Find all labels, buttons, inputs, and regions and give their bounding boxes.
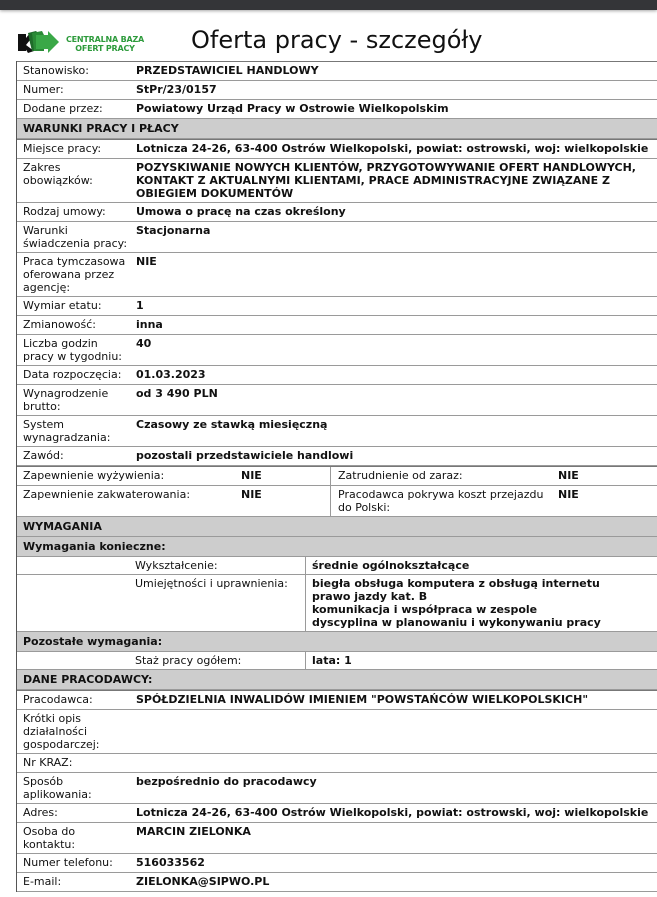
- benefit-right: Zatrudnienie od zaraz:NIE: [331, 467, 657, 485]
- field-value: od 3 490 PLN: [129, 385, 657, 415]
- indent-cell: [17, 557, 129, 574]
- field-value: bezpośrednio do pracodawcy: [129, 773, 657, 803]
- field-label: Osoba do kontaktu:: [17, 823, 129, 853]
- field-label: Pracodawca:: [17, 691, 129, 709]
- field-value: Lotnicza 24-26, 63-400 Ostrów Wielkopols…: [129, 804, 657, 822]
- requirement-values: średnie ogólnokształcące: [306, 557, 657, 574]
- field-value: 01.03.2023: [129, 366, 657, 384]
- condition-row: System wynagradzania:Czasowy ze stawką m…: [17, 416, 657, 447]
- cbop-logo: CENTRALNA BAZA OFERT PRACY: [16, 29, 141, 55]
- requirement-label: Umiejętności i uprawnienia:: [129, 575, 306, 631]
- field-value: MARCIN ZIELONKA: [129, 823, 657, 853]
- requirement-label: Staż pracy ogółem:: [129, 652, 306, 669]
- field-value: NIE: [129, 253, 657, 296]
- field-label: Zapewnienie zakwaterowania:: [17, 486, 241, 516]
- field-label: Dodane przez:: [17, 100, 129, 118]
- field-label: E-mail:: [17, 873, 129, 891]
- field-label: Zatrudnienie od zaraz:: [331, 467, 558, 485]
- requirement-row: Wykształcenie:średnie ogólnokształcące: [17, 557, 657, 575]
- field-value: 516033562: [129, 854, 657, 872]
- condition-row: Zmianowość:inna: [17, 316, 657, 335]
- employer-row: Pracodawca:SPÓŁDZIELNIA INWALIDÓW IMIENI…: [17, 690, 657, 710]
- logo-text: CENTRALNA BAZA OFERT PRACY: [60, 35, 150, 53]
- requirement-value: biegła obsługa komputera z obsługą inter…: [312, 577, 657, 590]
- employer-row: Numer telefonu:516033562: [17, 854, 657, 873]
- field-value: StPr/23/0157: [129, 81, 657, 99]
- section-heading-requirements: WYMAGANIA: [17, 517, 657, 537]
- section-heading-conditions: WARUNKI PRACY I PŁACY: [17, 119, 657, 139]
- condition-row: Warunki świadczenia pracy:Stacjonarna: [17, 222, 657, 253]
- logo-arrows-icon: [16, 29, 60, 55]
- employer-row: Krótki opis działalności gospodarczej:: [17, 710, 657, 754]
- indent-cell: [17, 652, 129, 669]
- field-value: Powiatowy Urząd Pracy w Ostrowie Wielkop…: [129, 100, 657, 118]
- field-label: Miejsce pracy:: [17, 140, 129, 158]
- field-value: Stacjonarna: [129, 222, 657, 252]
- basic-info-row: Stanowisko:PRZEDSTAWICIEL HANDLOWY: [17, 61, 657, 81]
- condition-row: Liczba godzin pracy w tygodniu:40: [17, 335, 657, 366]
- condition-row: Zawód:pozostali przedstawiciele handlowi: [17, 447, 657, 466]
- field-label: Numer telefonu:: [17, 854, 129, 872]
- requirement-value: średnie ogólnokształcące: [312, 559, 657, 572]
- logo-line-1: CENTRALNA BAZA: [60, 35, 150, 44]
- field-label: Adres:: [17, 804, 129, 822]
- field-value: ZIELONKA@SIPWO.PL: [129, 873, 657, 891]
- benefit-left: Zapewnienie wyżywienia:NIE: [17, 467, 331, 485]
- benefit-right: Pracodawca pokrywa koszt przejazdu do Po…: [331, 486, 657, 516]
- page-header: CENTRALNA BAZA OFERT PRACY Oferta pracy …: [16, 24, 657, 62]
- indent-cell: [17, 575, 129, 631]
- field-label: Sposób aplikowania:: [17, 773, 129, 803]
- field-value: NIE: [558, 486, 657, 516]
- field-label: Wymiar etatu:: [17, 297, 129, 315]
- basic-info-row: Numer:StPr/23/0157: [17, 81, 657, 100]
- condition-row: Data rozpoczęcia:01.03.2023: [17, 366, 657, 385]
- basic-info-row: Dodane przez:Powiatowy Urząd Pracy w Ost…: [17, 100, 657, 119]
- browser-toolbar: [0, 0, 657, 10]
- field-value: 40: [129, 335, 657, 365]
- page-title: Oferta pracy - szczegóły: [191, 26, 482, 54]
- field-value: [129, 754, 657, 772]
- field-value: Czasowy ze stawką miesięczną: [129, 416, 657, 446]
- field-label: Data rozpoczęcia:: [17, 366, 129, 384]
- employer-row: Nr KRAZ:: [17, 754, 657, 773]
- field-label: Nr KRAZ:: [17, 754, 129, 772]
- employer-row: Sposób aplikowania:bezpośrednio do praco…: [17, 773, 657, 804]
- field-value: 1: [129, 297, 657, 315]
- field-value: POZYSKIWANIE NOWYCH KLIENTÓW, PRZYGOTOWY…: [129, 159, 657, 202]
- employer-row: Osoba do kontaktu:MARCIN ZIELONKA: [17, 823, 657, 854]
- requirement-values: biegła obsługa komputera z obsługą inter…: [306, 575, 657, 631]
- field-label: Krótki opis działalności gospodarczej:: [17, 710, 129, 753]
- field-label: System wynagradzania:: [17, 416, 129, 446]
- benefit-left: Zapewnienie zakwaterowania:NIE: [17, 486, 331, 516]
- field-value: [129, 710, 657, 753]
- field-value: inna: [129, 316, 657, 334]
- field-value: NIE: [241, 486, 330, 516]
- employer-row: Adres:Lotnicza 24-26, 63-400 Ostrów Wiel…: [17, 804, 657, 823]
- employer-row: E-mail:ZIELONKA@SIPWO.PL: [17, 873, 657, 892]
- field-value: PRZEDSTAWICIEL HANDLOWY: [129, 62, 657, 80]
- field-label: Pracodawca pokrywa koszt przejazdu do Po…: [331, 486, 558, 516]
- requirement-label: Wykształcenie:: [129, 557, 306, 574]
- condition-row: Rodzaj umowy:Umowa o pracę na czas okreś…: [17, 203, 657, 222]
- field-label: Liczba godzin pracy w tygodniu:: [17, 335, 129, 365]
- field-label: Praca tymczasowa oferowana przez agencję…: [17, 253, 129, 296]
- requirement-value: lata: 1: [312, 654, 657, 667]
- condition-row: Zakres obowiązków:POZYSKIWANIE NOWYCH KL…: [17, 159, 657, 203]
- field-value: Umowa o pracę na czas określony: [129, 203, 657, 221]
- field-label: Warunki świadczenia pracy:: [17, 222, 129, 252]
- field-label: Zapewnienie wyżywienia:: [17, 467, 241, 485]
- requirement-value: dyscyplina w planowaniu i wykonywaniu pr…: [312, 616, 657, 629]
- field-value: SPÓŁDZIELNIA INWALIDÓW IMIENIEM "POWSTAŃ…: [129, 691, 657, 709]
- requirement-row: Umiejętności i uprawnienia:biegła obsług…: [17, 575, 657, 632]
- field-value: pozostali przedstawiciele handlowi: [129, 447, 657, 465]
- benefit-pair-row: Zapewnienie zakwaterowania:NIEPracodawca…: [17, 486, 657, 517]
- requirement-values: lata: 1: [306, 652, 657, 669]
- field-label: Numer:: [17, 81, 129, 99]
- logo-line-2: OFERT PRACY: [60, 44, 150, 53]
- field-label: Zmianowość:: [17, 316, 129, 334]
- field-value: NIE: [558, 467, 657, 485]
- field-value: Lotnicza 24-26, 63-400 Ostrów Wielkopols…: [129, 140, 657, 158]
- condition-row: Wymiar etatu:1: [17, 297, 657, 316]
- field-label: Zakres obowiązków:: [17, 159, 129, 202]
- field-value: NIE: [241, 467, 330, 485]
- requirement-row: Staż pracy ogółem:lata: 1: [17, 652, 657, 670]
- benefit-pair-row: Zapewnienie wyżywienia:NIEZatrudnienie o…: [17, 466, 657, 486]
- condition-row: Praca tymczasowa oferowana przez agencję…: [17, 253, 657, 297]
- subsection-other: Pozostałe wymagania:: [17, 632, 657, 652]
- field-label: Wynagrodzenie brutto:: [17, 385, 129, 415]
- section-heading-employer: DANE PRACODAWCY:: [17, 670, 657, 690]
- subsection-mandatory: Wymagania konieczne:: [17, 537, 657, 557]
- field-label: Stanowisko:: [17, 62, 129, 80]
- requirement-value: prawo jazdy kat. B: [312, 590, 657, 603]
- condition-row: Miejsce pracy:Lotnicza 24-26, 63-400 Ost…: [17, 139, 657, 159]
- job-offer-table: Stanowisko:PRZEDSTAWICIEL HANDLOWYNumer:…: [16, 61, 657, 892]
- field-label: Rodzaj umowy:: [17, 203, 129, 221]
- condition-row: Wynagrodzenie brutto:od 3 490 PLN: [17, 385, 657, 416]
- field-label: Zawód:: [17, 447, 129, 465]
- requirement-value: komunikacja i współpraca w zespole: [312, 603, 657, 616]
